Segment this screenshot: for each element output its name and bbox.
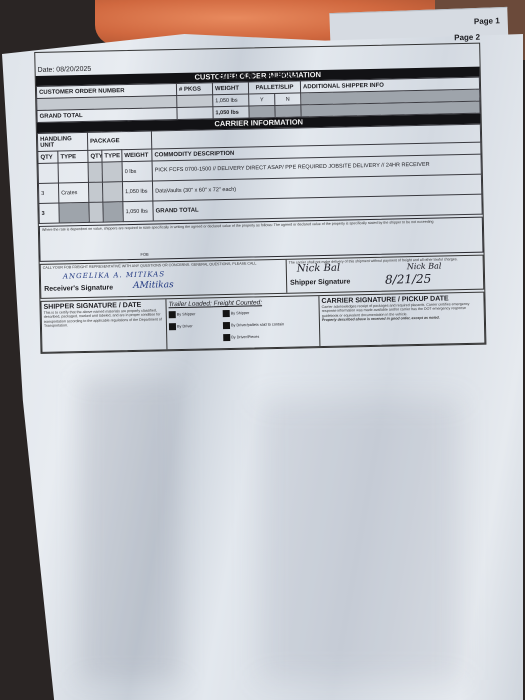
- declared-value-per: FOB: [140, 252, 148, 257]
- pallet-no: N: [275, 93, 301, 106]
- paper-shadow: [80, 380, 180, 680]
- checkbox-icon: [223, 322, 230, 329]
- shipper-handwritten-date: 8/21/25: [385, 272, 432, 287]
- counted-by-driver-pallets[interactable]: By Driver/pallets said to contain: [223, 321, 284, 329]
- total-weight: 1,050 lbs: [123, 201, 153, 222]
- grand-total-pallet-n: [275, 105, 301, 118]
- form-frame: Date: 08/20/2025 BILL OF LADING CUSTOMER…: [34, 43, 486, 354]
- counted-by-shipper[interactable]: By Shipper: [223, 310, 250, 318]
- option-label: By Shipper: [177, 312, 196, 316]
- row1-pkg-qty: [88, 162, 102, 182]
- carrier-signature-section: CARRIER SIGNATURE / PICKUP DATE Carrier …: [319, 293, 484, 346]
- shipper-certification-text: This is to certify that the above named …: [44, 308, 164, 328]
- counted-by-driver-pieces[interactable]: By Driver/Pieces: [223, 333, 259, 341]
- row2-pkg-type: [102, 182, 122, 202]
- shipper-handwritten-name: Nick Bal: [407, 262, 442, 272]
- checkbox-icon: [223, 334, 230, 341]
- hu-type-header: TYPE: [58, 150, 88, 163]
- grand-total-pkgs: [177, 107, 213, 120]
- pallet-yes: Y: [249, 93, 275, 106]
- shipper-signature[interactable]: Nick Bal: [297, 263, 341, 275]
- weight-header: WEIGHT: [122, 149, 152, 162]
- row2-hu-type: Crates: [58, 182, 88, 203]
- row1-weight: 0 lbs: [122, 161, 152, 182]
- weight-header: WEIGHT: [212, 82, 248, 95]
- document-date: Date: 08/20/2025: [38, 66, 92, 74]
- loaded-by-shipper[interactable]: By Shipper: [169, 311, 196, 319]
- total-hu-qty: 3: [39, 203, 59, 223]
- freight-counted-label: Freight Counted:: [214, 299, 263, 307]
- grand-total-weight: 1,050 lbs: [213, 106, 249, 119]
- receiver-signature[interactable]: AMitikas: [133, 280, 174, 291]
- page-2-label: Page 2: [454, 33, 480, 43]
- option-label: By Shipper: [231, 311, 250, 315]
- option-label: By Driver/Pieces: [231, 335, 259, 340]
- receiver-section: CALL YOUR FOB FREIGHT REPRESENTATIVE WIT…: [41, 260, 288, 298]
- trailer-loaded-label: Trailer Loaded:: [168, 300, 211, 308]
- pallet-slip-header: PALLET/SLIP: [248, 81, 300, 94]
- row1-hu-type: [58, 162, 88, 183]
- checkbox-icon: [223, 310, 230, 317]
- total-hu-type: [59, 202, 89, 223]
- option-label: By Driver: [177, 324, 193, 328]
- option-label: By Driver/pallets said to contain: [231, 322, 284, 327]
- trailer-section: Trailer Loaded: Freight Counted: By Ship…: [166, 296, 320, 349]
- row1-pkg-type: [102, 162, 122, 182]
- weight-cell: 1,050 lbs: [213, 94, 249, 107]
- hu-qty-header: QTY: [38, 151, 58, 163]
- receiver-signature-label: Receiver's Signature: [44, 284, 113, 292]
- row1-hu-qty: [38, 163, 58, 183]
- shipper-signature-section: The carrier shall not make delivery of t…: [287, 256, 484, 293]
- handling-unit-header: HANDLING UNIT: [37, 132, 87, 151]
- shipper-signature-date-section: SHIPPER SIGNATURE / DATE This is to cert…: [41, 299, 167, 352]
- shipper-signature-label: Shipper Signature: [290, 278, 350, 286]
- checkbox-icon: [169, 311, 176, 318]
- pkgs-cell: [177, 95, 213, 108]
- total-pkg-qty: [89, 202, 103, 222]
- bottom-row: SHIPPER SIGNATURE / DATE This is to cert…: [40, 292, 485, 353]
- pkgs-header: # PKGS: [176, 83, 212, 96]
- grand-total-pallet-y: [249, 105, 275, 118]
- row2-pkg-qty: [88, 182, 102, 202]
- carrier-information-table: HANDLING UNIT PACKAGE QTY TYPE QTY TYPE …: [37, 124, 483, 224]
- total-pkg-type: [103, 202, 123, 222]
- page-1-label: Page 1: [474, 16, 500, 26]
- pkg-qty-header: QTY: [88, 150, 102, 162]
- row2-weight: 1,050 lbs: [122, 181, 152, 202]
- pkg-type-header: TYPE: [102, 150, 122, 162]
- receiver-printed-name: ANGELIKA A. MITIKAS: [63, 270, 165, 280]
- checkbox-icon: [169, 323, 176, 330]
- row2-hu-qty: 3: [38, 183, 58, 203]
- loaded-by-driver[interactable]: By Driver: [169, 323, 193, 330]
- package-header: PACKAGE: [87, 131, 151, 150]
- paper-shadow: [260, 400, 460, 680]
